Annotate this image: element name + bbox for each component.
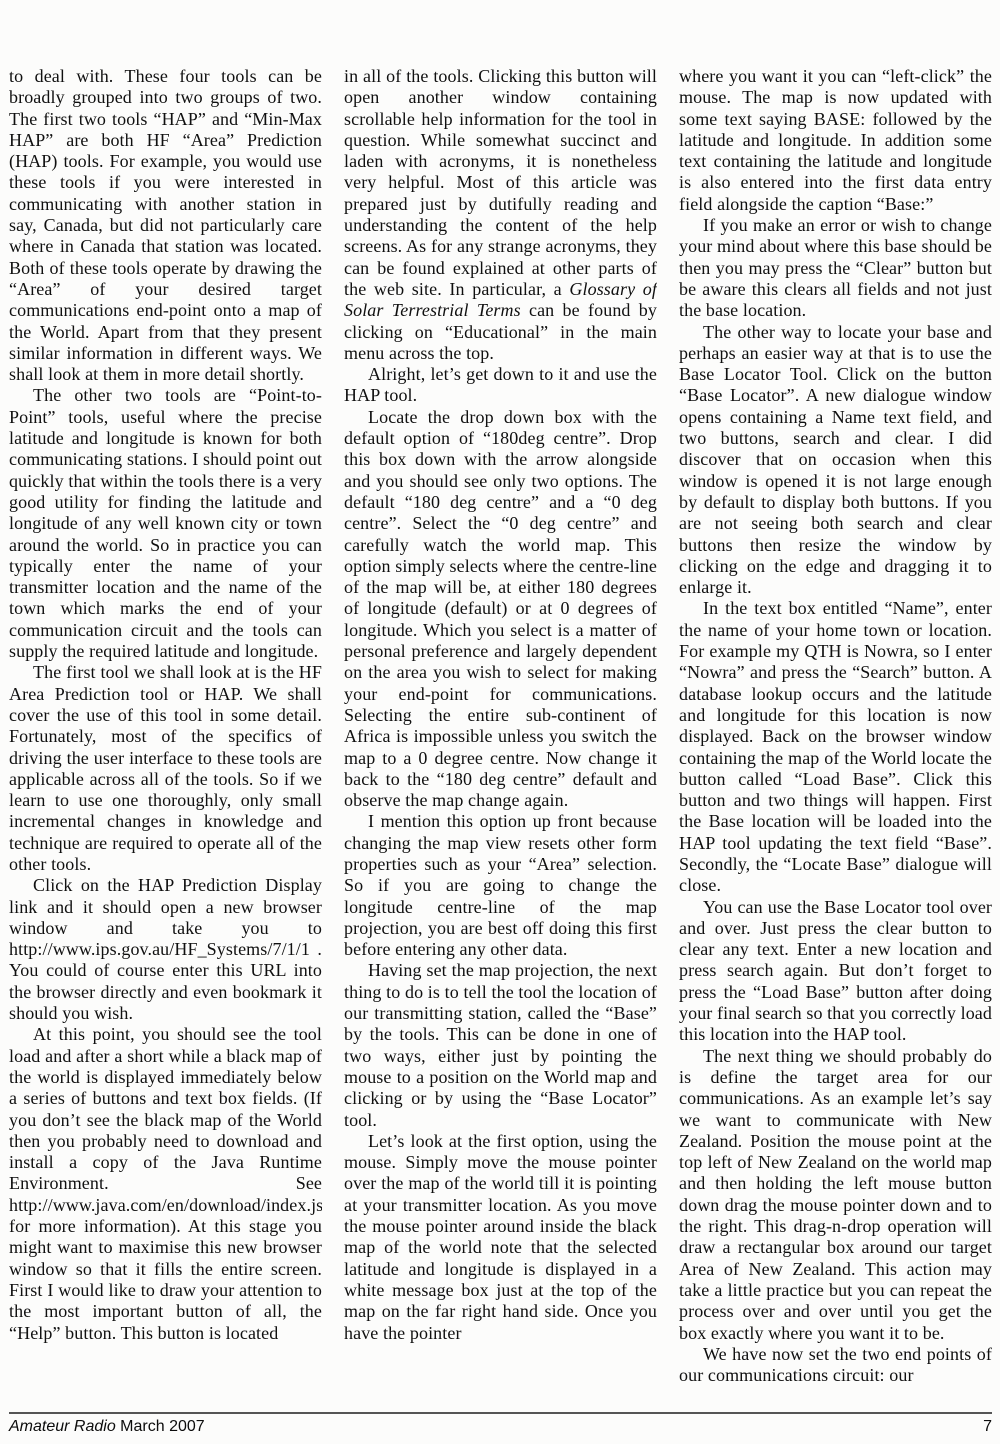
issue-date: March 2007 — [116, 1418, 205, 1435]
footer-divider — [9, 1412, 992, 1414]
paragraph-run: in all of the tools. Clicking this butto… — [344, 66, 657, 299]
footer-page-number: 7 — [983, 1418, 992, 1436]
paragraph: Alright, let’s get down to it and use th… — [344, 364, 657, 407]
text-column-middle: in all of the tools. Clicking this butto… — [344, 66, 657, 1396]
journal-title: Amateur Radio — [9, 1418, 116, 1435]
paragraph: The other two tools are “Point-to-Point”… — [9, 385, 322, 662]
paragraph: We have now set the two end points of ou… — [679, 1344, 992, 1387]
paragraph: The next thing we should probably do is … — [679, 1046, 992, 1344]
article-body: to deal with. These four tools can be br… — [9, 66, 992, 1396]
paragraph: Click on the HAP Prediction Display link… — [9, 875, 322, 1024]
paragraph: At this point, you should see the tool l… — [9, 1024, 322, 1343]
magazine-page: to deal with. These four tools can be br… — [0, 0, 1000, 1444]
paragraph: in all of the tools. Clicking this butto… — [344, 66, 657, 364]
paragraph: to deal with. These four tools can be br… — [9, 66, 322, 385]
paragraph: Locate the drop down box with the defaul… — [344, 407, 657, 812]
text-column-right: where you want it you can “left-click” t… — [679, 66, 992, 1396]
paragraph: where you want it you can “left-click” t… — [679, 66, 992, 215]
paragraph: The other way to locate your base and pe… — [679, 322, 992, 599]
paragraph: Let’s look at the first option, using th… — [344, 1131, 657, 1344]
paragraph: You can use the Base Locator tool over a… — [679, 897, 992, 1046]
paragraph: Having set the map projection, the next … — [344, 960, 657, 1130]
paragraph: The first tool we shall look at is the H… — [9, 662, 322, 875]
text-column-left: to deal with. These four tools can be br… — [9, 66, 322, 1396]
paragraph: If you make an error or wish to change y… — [679, 215, 992, 321]
paragraph: I mention this option up front because c… — [344, 811, 657, 960]
footer-journal-date: Amateur Radio March 2007 — [9, 1418, 205, 1436]
paragraph: In the text box entitled “Name”, enter t… — [679, 598, 992, 896]
page-footer: Amateur Radio March 2007 7 — [9, 1418, 992, 1436]
